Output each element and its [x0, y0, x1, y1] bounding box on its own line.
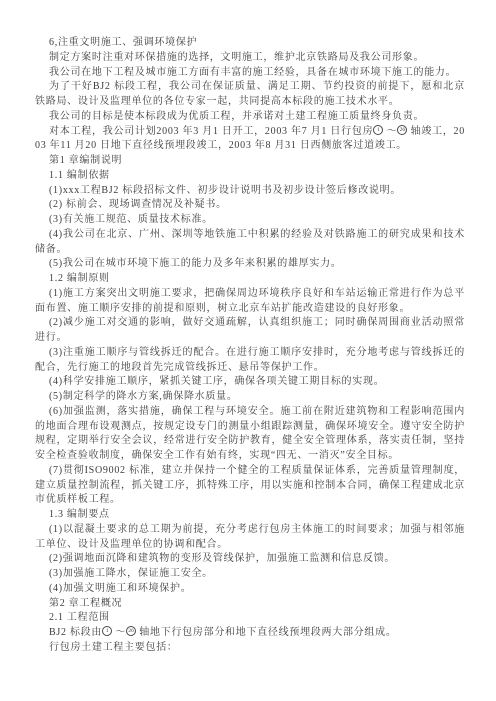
paragraph: (3)加强施工降水，保证施工安全。 — [35, 567, 465, 582]
paragraph: 1.1 编制依据 — [35, 169, 465, 184]
paragraph: (1)xxx工程BJ2 标段招标文件、初步设计说明书及初步设计签后修改说明。 — [35, 184, 465, 199]
paragraph: (6)加强监测，落实措施，确保工程与环境安全。施工前在附近建筑物和工程影响范围内… — [35, 405, 465, 464]
paragraph: 我公司在地下工程及城市施工方面有丰富的施工经验，具备在城市环境下施工的能力。 — [35, 66, 465, 81]
circled-number: 26 — [126, 626, 136, 636]
paragraph: (5)制定科学的降水方案,确保降水质量。 — [35, 390, 465, 405]
paragraph: 第1 章编制说明 — [35, 154, 465, 169]
document-body: 6,注重文明施工、强调环境保护制定方案时注重对环保措施的选择，文明施工，维护北京… — [35, 36, 465, 656]
paragraph: 2.1 工程范围 — [35, 611, 465, 626]
circled-number: 26 — [397, 125, 407, 135]
document-page: 6,注重文明施工、强调环境保护制定方案时注重对环保措施的选择，文明施工，维护北京… — [0, 0, 496, 701]
paragraph: (4)我公司在北京、广州、深圳等地铁施工中积累的经验及对铁路施工的研究成果和技术… — [35, 228, 465, 258]
paragraph: 我公司的目标是使本标段成为优质工程，并承诺对土建工程施工质量终身负责。 — [35, 110, 465, 125]
paragraph: 1.3 编制要点 — [35, 508, 465, 523]
paragraph: 为了干好BJ2 标段工程，我公司在保证质量、满足工期、节约投资的前提下，愿和北京… — [35, 80, 465, 110]
circled-number: 1 — [102, 626, 112, 636]
circled-number: 1 — [373, 125, 383, 135]
paragraph: (4)科学安排施工顺序，紧抓关键工序，确保各项关键工期目标的实现。 — [35, 375, 465, 390]
paragraph: (3)有关施工规范、质量技术标准。 — [35, 213, 465, 228]
paragraph: 第2 章工程概况 — [35, 597, 465, 612]
paragraph: (1)以混凝土要求的总工期为前提，充分考虑行包房主体施工的时间要求；加强与相邻施… — [35, 523, 465, 553]
paragraph: (5)我公司在城市环境下施工的能力及多年来积累的雄厚实力。 — [35, 257, 465, 272]
paragraph: 1.2 编制原则 — [35, 272, 465, 287]
paragraph: 制定方案时注重对环保措施的选择，文明施工，维护北京铁路局及我公司形象。 — [35, 51, 465, 66]
paragraph: (2) 标前会、现场调查情况及补疑书。 — [35, 198, 465, 213]
paragraph: 6,注重文明施工、强调环境保护 — [35, 36, 465, 51]
paragraph: (7)贯彻ISO9002 标准，建立并保持一个健全的工程质量保证体系，完善质量管… — [35, 464, 465, 508]
paragraph: (4)加强文明施工和环境保护。 — [35, 582, 465, 597]
paragraph: (2)减少施工对交通的影响，做好交通疏解，认真组织施工；同时确保周围商业活动照常… — [35, 316, 465, 346]
paragraph: BJ2 标段由1 ～26 轴地下行包房部分和地下直径线预埋段两大部分组成。 — [35, 626, 465, 641]
paragraph: (1)施工方案突出文明施工要求，把确保周边环境秩序良好和车站运输正常进行作为总平… — [35, 287, 465, 317]
paragraph: (3)注重施工顺序与管线拆迁的配合。在进行施工顺序安排时，充分地考虑与管线拆迁的… — [35, 346, 465, 376]
paragraph: 行包房土建工程主要包括： — [35, 641, 465, 656]
paragraph: 对本工程，我公司计划2003 年3 月1 日开工，2003 年7 月1 日行包房… — [35, 125, 465, 155]
paragraph: (2)强调地面沉降和建筑物的变形及管线保护，加强施工监测和信息反馈。 — [35, 552, 465, 567]
